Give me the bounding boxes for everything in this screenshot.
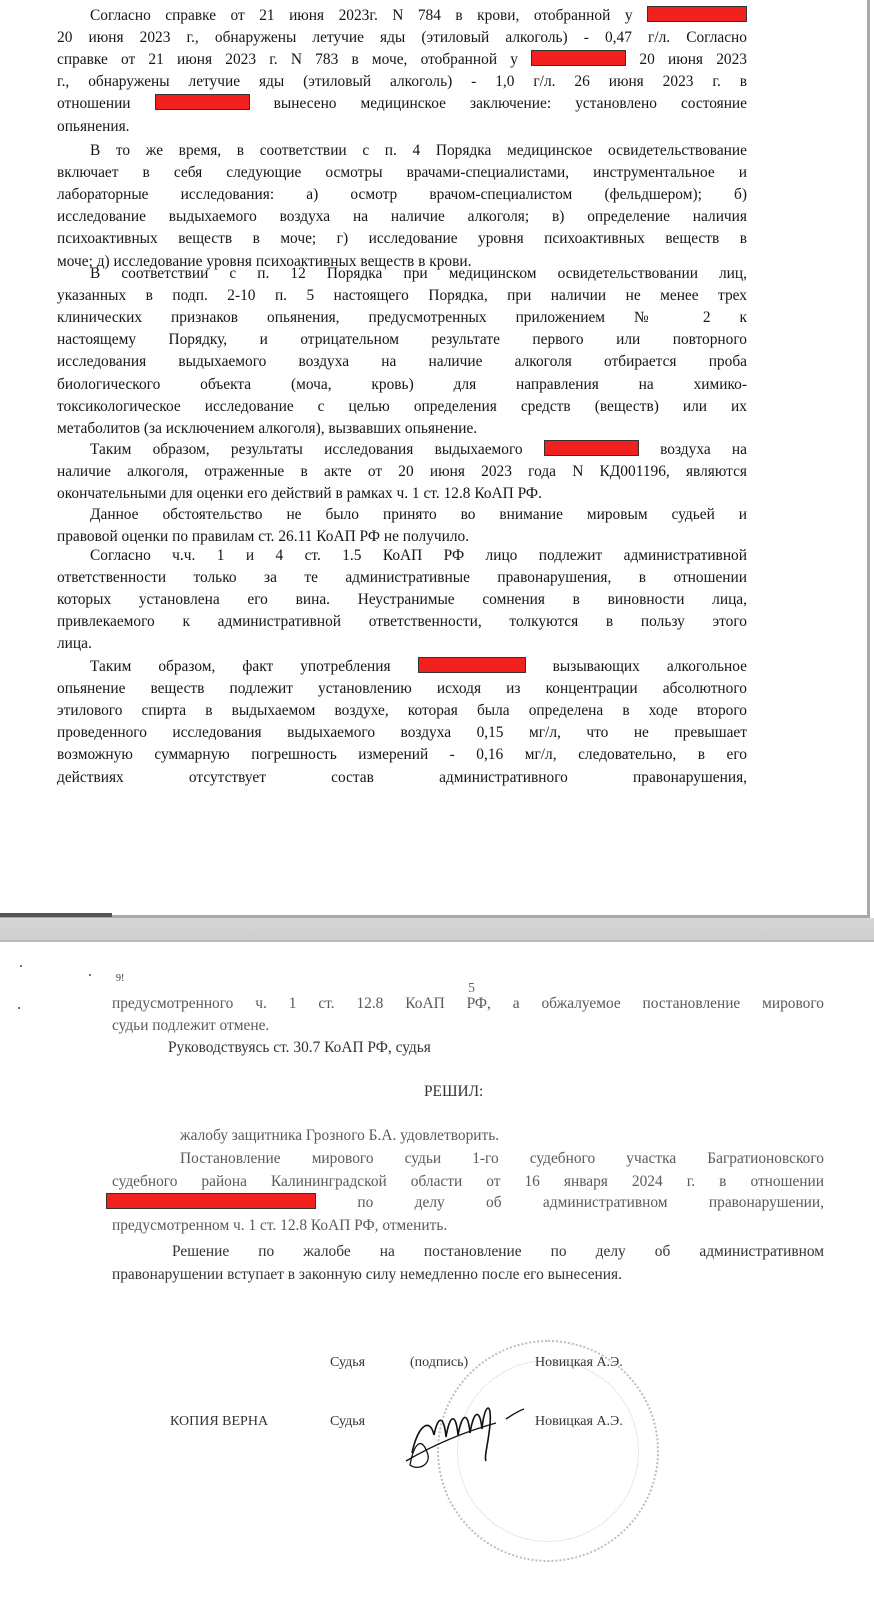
- paragraph-line: ответственности только за те администрат…: [57, 568, 747, 588]
- page-edge-mark: [0, 913, 112, 917]
- paragraph-line: Согласно ч.ч. 1 и 4 ст. 1.5 КоАП РФ лицо…: [90, 546, 747, 566]
- paragraph-line: психоактивных веществ в моче; г) исследо…: [57, 229, 747, 249]
- text-run: Согласно справке от 21 июня 2023г. N 784…: [90, 7, 647, 24]
- paragraph-line: которых установлена его вина. Неустраним…: [57, 590, 747, 610]
- text-run: опьянение веществ подлежит установлению …: [57, 680, 747, 697]
- paragraph-line: токсикологическое исследование с целью о…: [57, 397, 747, 417]
- text-run: исследования выдыхаемого воздуха на нали…: [57, 353, 747, 370]
- paragraph-line: привлекаемого к административной ответст…: [57, 612, 747, 632]
- paragraph-line: В то же время, в соответствии с п. 4 Пор…: [90, 141, 747, 161]
- signature-row-1-role: Судья: [330, 1355, 365, 1371]
- text-run: лица.: [57, 635, 92, 652]
- decision-line: Постановление мирового судьи 1-го судебн…: [180, 1149, 824, 1169]
- paragraph-line: настоящему Порядку, и отрицательном резу…: [57, 330, 747, 350]
- text-run: судьи подлежит отмене.: [112, 1017, 269, 1034]
- paragraph-line: действиях отсутствует состав администрат…: [57, 768, 747, 788]
- text-run: включает в себя следующие осмотры врачам…: [57, 164, 747, 181]
- text-run: В то же время, в соответствии с п. 4 Пор…: [90, 142, 747, 159]
- text-run: справке от 21 июня 2023 г. N 783 в моче,…: [57, 51, 531, 68]
- text-run: 20 июня 2023 г., обнаружены летучие яды …: [57, 29, 747, 46]
- text-run: настоящему Порядку, и отрицательном резу…: [57, 331, 747, 348]
- paragraph-line: опьянение веществ подлежит установлению …: [57, 679, 747, 699]
- text-run: правовой оценки по правилам ст. 26.11 Ко…: [57, 528, 469, 545]
- text-run: жалобу защитника Грозного Б.А. удовлетво…: [180, 1127, 499, 1144]
- text-run: В соответствии с п. 12 Порядка при медиц…: [90, 265, 747, 282]
- paragraph-line: Таким образом, результаты исследования в…: [90, 440, 747, 460]
- scan-speck: [20, 965, 22, 967]
- paragraph-line: окончательными для оценки его действий в…: [57, 484, 542, 504]
- text-run: предусмотренном ч. 1 ст. 12.8 КоАП РФ, о…: [112, 1217, 447, 1234]
- text-run: этилового спирта в выдыхаемом воздухе, к…: [57, 702, 747, 719]
- text-run: опьянения.: [57, 118, 130, 135]
- paragraph-line: исследования выдыхаемого воздуха на нали…: [57, 352, 747, 372]
- paragraph-line: 20 июня 2023 г., обнаружены летучие яды …: [57, 28, 747, 48]
- paragraph-line: В соответствии с п. 12 Порядка при медиц…: [90, 264, 747, 284]
- effect-line: Решение по жалобе на постановление по де…: [172, 1242, 824, 1262]
- text-run: Руководствуясь ст. 30.7 КоАП РФ, судья: [168, 1039, 431, 1056]
- paragraph-line: правовой оценки по правилам ст. 26.11 Ко…: [57, 527, 469, 547]
- text-run: г., обнаружены летучие яды (этиловый алк…: [57, 73, 747, 90]
- text-run: которых установлена его вина. Неустраним…: [57, 591, 747, 608]
- redaction-box: [155, 94, 250, 110]
- text-run: Данное обстоятельство не было принято во…: [90, 506, 747, 523]
- decision-line: жалобу защитника Грозного Б.А. удовлетво…: [180, 1126, 499, 1146]
- paragraph-line: наличие алкоголя, отраженные в акте от 2…: [57, 462, 747, 482]
- paragraph-line: г., обнаружены летучие яды (этиловый алк…: [57, 72, 747, 92]
- guided-by-line: Руководствуясь ст. 30.7 КоАП РФ, судья: [168, 1038, 431, 1058]
- signature-row-1-name: Новицкая А.Э.: [535, 1355, 623, 1371]
- redaction-box: [418, 657, 526, 673]
- redaction-box: [531, 50, 626, 66]
- paragraph-line: лица.: [57, 634, 92, 654]
- paragraph-line: опьянения.: [57, 117, 130, 137]
- paragraph-line: биологического объекта (моча, кровь) для…: [57, 375, 747, 395]
- text-run: отношении: [57, 95, 155, 112]
- text-run: биологического объекта (моча, кровь) для…: [57, 376, 747, 393]
- decision-line: по делу об административном правонарушен…: [106, 1193, 824, 1213]
- paragraph-line: указанных в подп. 2-10 п. 5 настоящего П…: [57, 286, 747, 306]
- text-run: психоактивных веществ в моче; г) исследо…: [57, 230, 747, 247]
- paragraph-line: возможную суммарную погрешность измерени…: [57, 745, 747, 765]
- paragraph-line: исследование выдыхаемого воздуха на нали…: [57, 207, 747, 227]
- text-run: правонарушении вступает в законную силу …: [112, 1266, 622, 1283]
- text-run: судебного района Калининградской области…: [112, 1173, 824, 1190]
- text-run: исследование выдыхаемого воздуха на нали…: [57, 208, 747, 225]
- paragraph-line: Согласно справке от 21 июня 2023г. N 784…: [90, 6, 747, 26]
- paragraph-line: этилового спирта в выдыхаемом воздухе, к…: [57, 701, 747, 721]
- text-run: лабораторные исследования: а) осмотр вра…: [57, 186, 747, 203]
- copy-certified-label: КОПИЯ ВЕРНА: [170, 1414, 268, 1430]
- redaction-box: [544, 440, 639, 456]
- paragraph-line: клинических признаков опьянения, предусм…: [57, 308, 747, 328]
- effect-line: правонарушении вступает в законную силу …: [112, 1265, 622, 1285]
- text-run: Согласно ч.ч. 1 и 4 ст. 1.5 КоАП РФ лицо…: [90, 547, 747, 564]
- scan-speck: [89, 974, 91, 976]
- paragraph-line: метаболитов (за исключением алкоголя), в…: [57, 419, 477, 439]
- text-run: ответственности только за те администрат…: [57, 569, 747, 586]
- text-run: Решение по жалобе на постановление по де…: [172, 1243, 824, 1260]
- stray-mark: 9!: [116, 969, 124, 989]
- continuation-line: судьи подлежит отмене.: [112, 1016, 269, 1036]
- paragraph-line: справке от 21 июня 2023 г. N 783 в моче,…: [57, 50, 747, 70]
- page-separator: [0, 918, 874, 942]
- text-run: Таким образом, факт употребления: [90, 658, 418, 675]
- scan-speck: [18, 1007, 20, 1009]
- handwritten-signature-icon: [400, 1395, 540, 1475]
- text-run: окончательными для оценки его действий в…: [57, 485, 542, 502]
- text-run: привлекаемого к административной ответст…: [57, 613, 747, 630]
- paragraph-line: Данное обстоятельство не было принято во…: [90, 505, 747, 525]
- text-run: указанных в подп. 2-10 п. 5 настоящего П…: [57, 287, 747, 304]
- text-run: вызывающих алкогольное: [526, 658, 747, 675]
- paragraph-line: включает в себя следующие осмотры врачам…: [57, 163, 747, 183]
- text-run: по делу об административном правонарушен…: [316, 1194, 824, 1211]
- redaction-box: [647, 6, 747, 22]
- paragraph-line: Таким образом, факт употребления вызываю…: [90, 657, 747, 677]
- text-run: наличие алкоголя, отраженные в акте от 2…: [57, 463, 747, 480]
- redaction-box: [106, 1193, 316, 1209]
- signature-row-2-name: Новицкая А.Э.: [535, 1414, 623, 1430]
- signature-row-2-role: Судья: [330, 1414, 365, 1430]
- paragraph-line: лабораторные исследования: а) осмотр вра…: [57, 185, 747, 205]
- text-run: воздуха на: [639, 441, 747, 458]
- text-run: 20 июня 2023: [626, 51, 747, 68]
- text-run: проведенного исследования выдыхаемого во…: [57, 724, 747, 741]
- text-run: возможную суммарную погрешность измерени…: [57, 746, 747, 763]
- text-run: метаболитов (за исключением алкоголя), в…: [57, 420, 477, 437]
- signature-row-1-sign-label: (подпись): [410, 1355, 468, 1371]
- text-run: Таким образом, результаты исследования в…: [90, 441, 544, 458]
- text-run: действиях отсутствует состав администрат…: [57, 769, 747, 786]
- paragraph-line: проведенного исследования выдыхаемого во…: [57, 723, 747, 743]
- paragraph-line: отношении вынесено медицинское заключени…: [57, 94, 747, 114]
- text-run: вынесено медицинское заключение: установ…: [250, 95, 747, 112]
- continuation-line: предусмотренного ч. 1 ст. 12.8 КоАП РФ, …: [112, 994, 824, 1014]
- text-run: клинических признаков опьянения, предусм…: [57, 309, 747, 326]
- decision-line: судебного района Калининградской области…: [112, 1172, 824, 1192]
- text-run: предусмотренного ч. 1 ст. 12.8 КоАП РФ, …: [112, 995, 824, 1012]
- decided-heading: РЕШИЛ:: [424, 1082, 483, 1102]
- text-run: Постановление мирового судьи 1-го судебн…: [180, 1150, 824, 1167]
- decision-line: предусмотренном ч. 1 ст. 12.8 КоАП РФ, о…: [112, 1216, 447, 1236]
- text-run: токсикологическое исследование с целью о…: [57, 398, 747, 415]
